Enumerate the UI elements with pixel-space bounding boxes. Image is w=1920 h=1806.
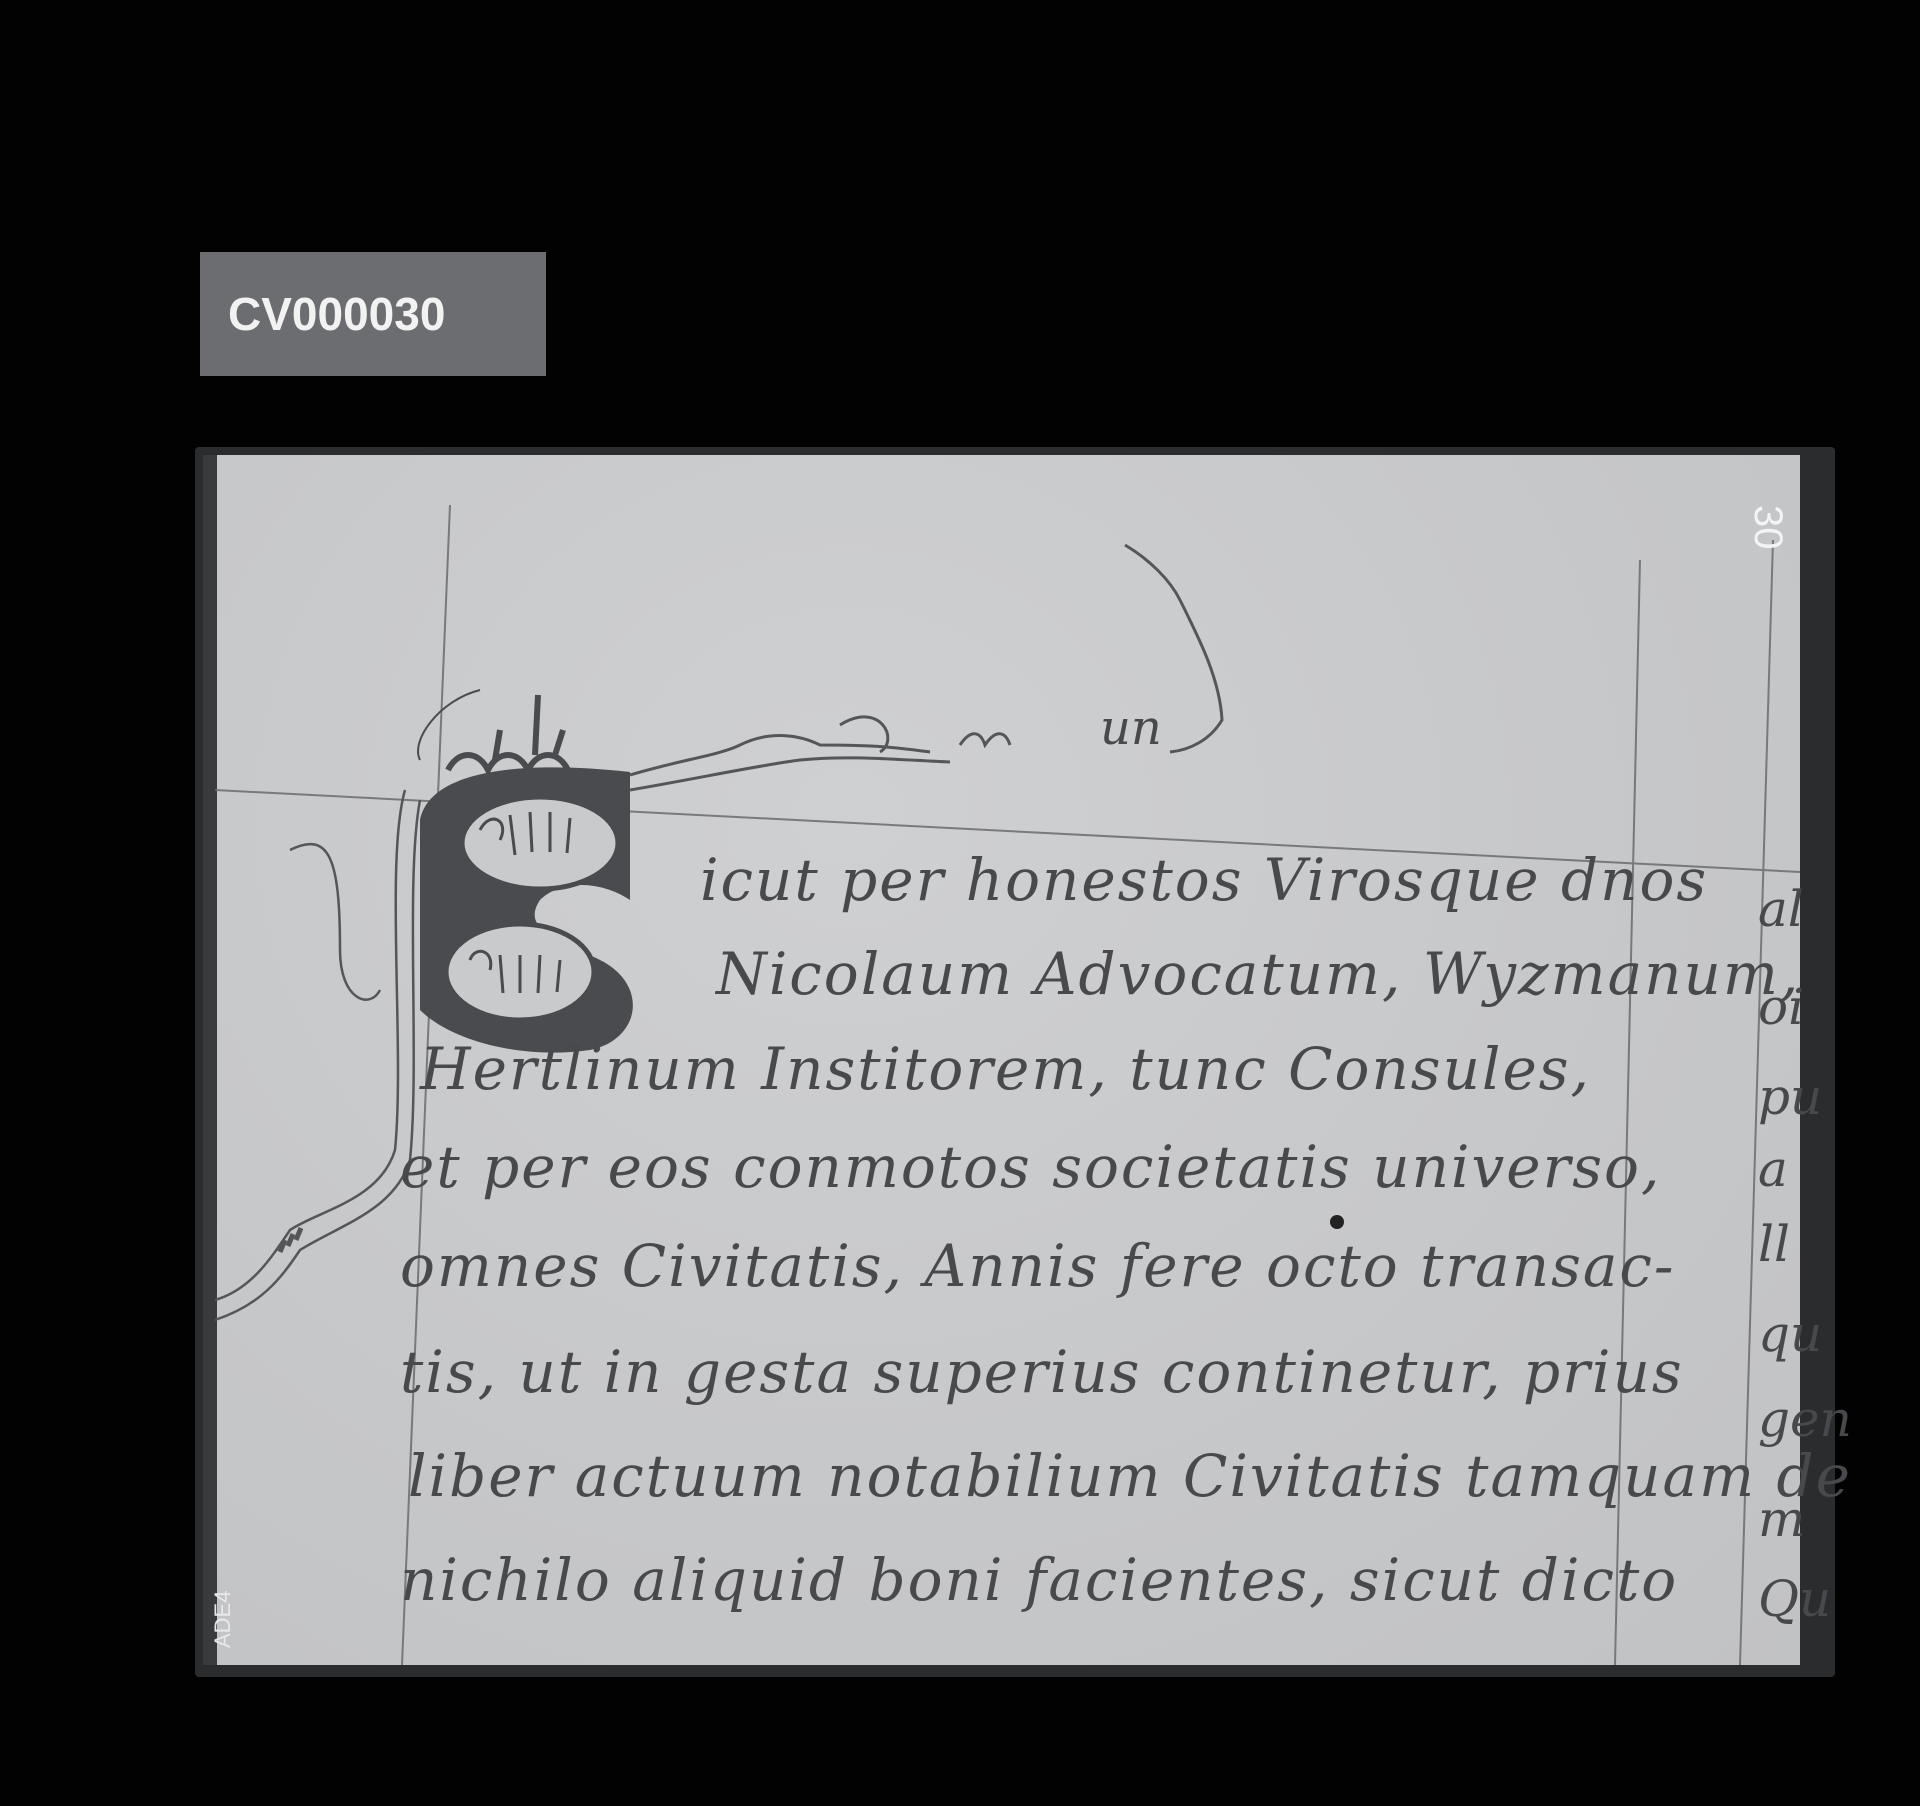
margin-fragment: al	[1758, 880, 1804, 938]
manuscript-line-8: nichilo aliquid boni facientes, sicut di…	[400, 1546, 1678, 1614]
margin-fragment: Qu	[1758, 1570, 1831, 1628]
margin-fragment: pu	[1758, 1068, 1822, 1126]
margin-fragment: qu	[1758, 1305, 1822, 1363]
margin-fragment: gen	[1758, 1390, 1852, 1448]
margin-fragment: oi	[1758, 978, 1804, 1036]
plate-edge-mark: ADE4	[210, 1591, 236, 1648]
manuscript-line-3: Hertlinum Institorem, tunc Consules,	[420, 1035, 1591, 1103]
manuscript-line-5: omnes Civitatis, Annis fere octo transac…	[400, 1232, 1676, 1300]
margin-fragment: ll	[1758, 1215, 1790, 1273]
margin-fragment: a	[1758, 1140, 1788, 1198]
manuscript-line-1: icut per honestos Virosque dnos	[700, 846, 1708, 914]
manuscript-line-4: et per eos conmotos societatis universo,	[400, 1133, 1661, 1201]
left-margin-flourish	[215, 790, 420, 1320]
decorated-initial-s	[418, 690, 633, 1053]
heading-flourish-text: un	[1100, 700, 1162, 756]
ink-dot	[1330, 1215, 1344, 1229]
manuscript-line-7: liber actuum notabilium Civitatis tamqua…	[408, 1442, 1852, 1510]
margin-fragment: m	[1758, 1490, 1805, 1548]
manuscript-line-6: tis, ut in gesta superius continetur, pr…	[400, 1338, 1684, 1406]
folio-number: 30	[1745, 505, 1790, 550]
manuscript-line-2: Nicolaum Advocatum, Wyzmanum,	[716, 940, 1800, 1008]
